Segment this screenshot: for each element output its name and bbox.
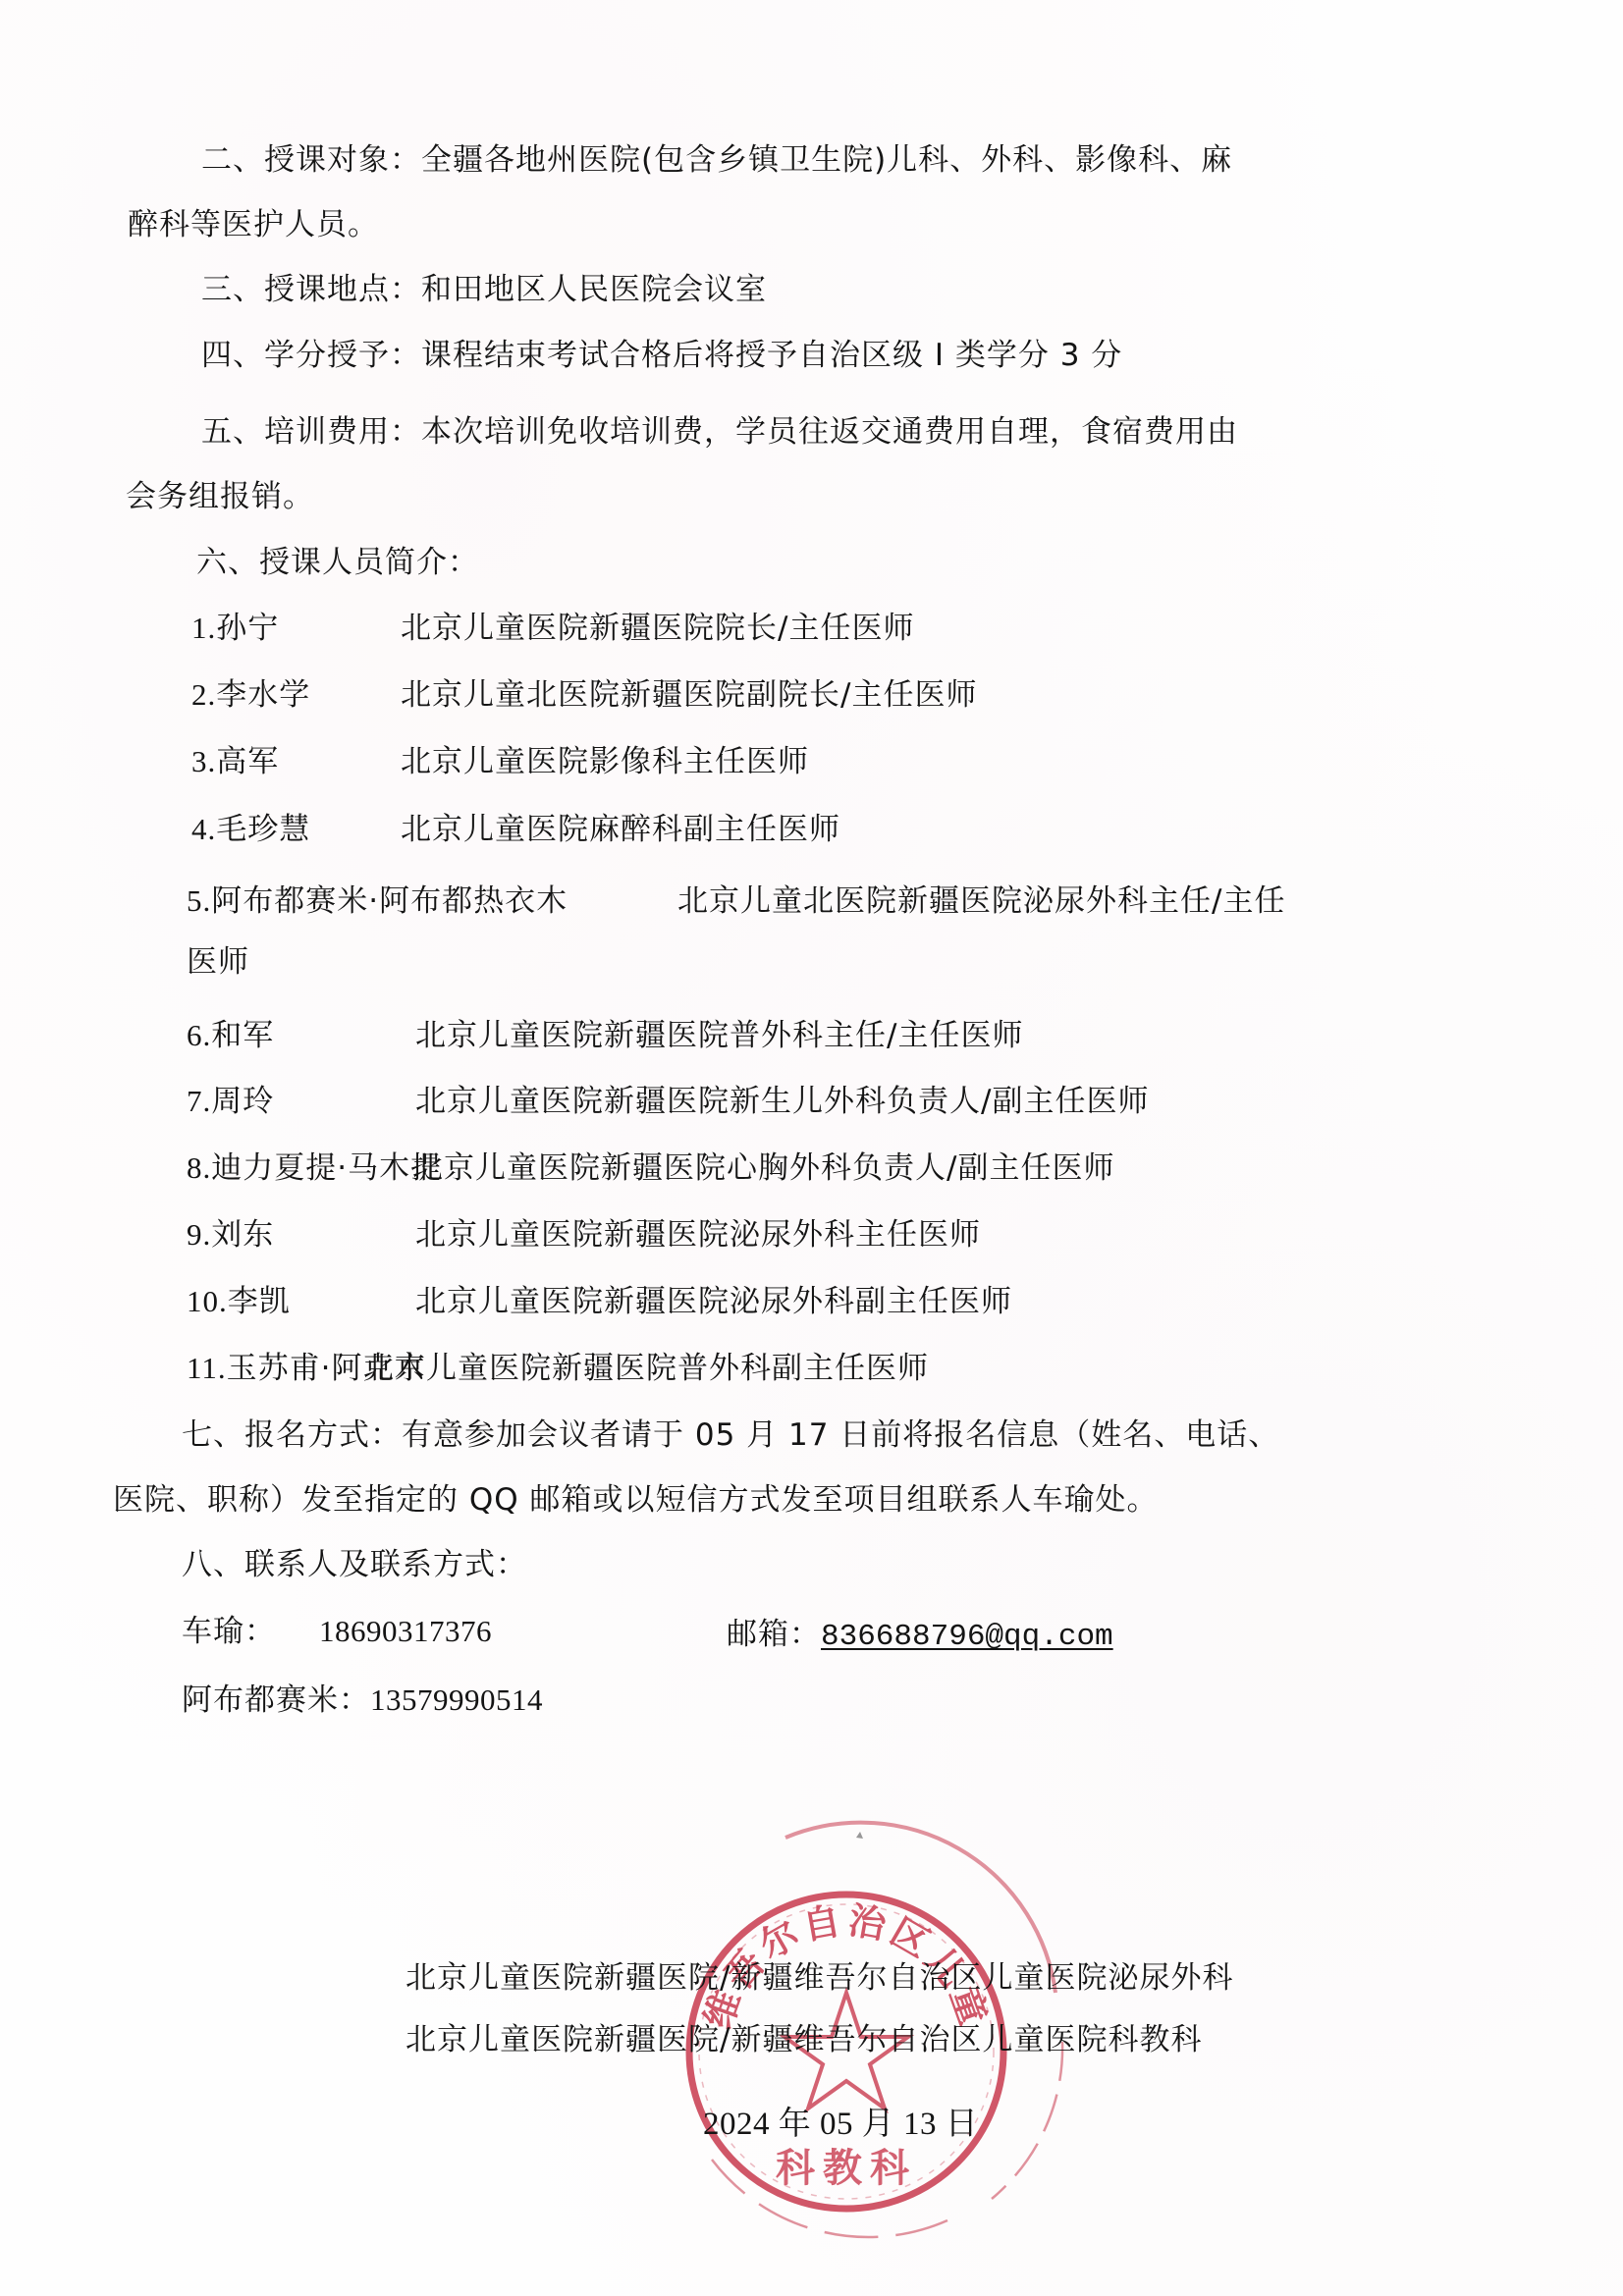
instructor-name: 李水学 xyxy=(216,677,310,713)
instructor-number: 11. xyxy=(187,1349,227,1388)
section-7-line-1: 七、报名方式：有意参加会议者请于 05 月 17 日前将报名信息（姓名、电话、 xyxy=(182,1415,1279,1455)
instructor-title: 北京儿童医院新疆医院泌尿外科副主任医师 xyxy=(415,1282,1012,1321)
email-row: 邮箱：836688796@qq.com xyxy=(727,1615,1113,1657)
instructor-name: 刘东 xyxy=(211,1217,274,1253)
contact-phone: 13579990514 xyxy=(370,1682,543,1717)
section-2-line-1: 二、授课对象：全疆各地州医院(包含乡镇卫生院)儿科、外科、影像科、麻 xyxy=(201,140,1232,180)
instructor-item: 1.孙宁 北京儿童医院新疆医院院长/主任医师 xyxy=(191,609,279,648)
section-3-label: 三、授课地点： xyxy=(201,272,421,307)
section-4: 四、学分授予：课程结束考试合格后将授予自治区级 I 类学分 3 分 xyxy=(201,336,1122,375)
instructor-item: 7.周玲 北京儿童医院新疆医院新生儿外科负责人/副主任医师 xyxy=(187,1082,274,1121)
instructor-name: 迪力夏提·马木提 xyxy=(211,1150,442,1186)
instructor-number: 3. xyxy=(191,742,216,781)
instructor-number: 10. xyxy=(187,1282,228,1321)
instructor-title: 北京儿童医院麻醉科副主任医师 xyxy=(401,810,840,849)
contact-name: 车瑜： xyxy=(182,1614,276,1649)
section-3: 三、授课地点：和田地区人民医院会议室 xyxy=(201,270,767,309)
instructor-name: 李凯 xyxy=(228,1284,291,1319)
instructor-item: 4.毛珍慧 北京儿童医院麻醉科副主任医师 xyxy=(191,810,310,849)
email-label: 邮箱： xyxy=(727,1617,821,1652)
instructor-title: 北京儿童医院新疆医院院长/主任医师 xyxy=(401,609,914,648)
instructor-name: 和军 xyxy=(211,1018,274,1053)
section-5-text: 本次培训免收培训费，学员往返交通费用自理，食宿费用由 xyxy=(421,414,1238,450)
instructor-item: 2.李水学 北京儿童北医院新疆医院副院长/主任医师 xyxy=(191,675,310,715)
instructor-item: 6.和军 北京儿童医院新疆医院普外科主任/主任医师 xyxy=(187,1016,274,1055)
instructor-number: 8. xyxy=(187,1148,211,1188)
instructor-item: 11.玉苏甫·阿克木 北京儿童医院新疆医院普外科副主任医师 xyxy=(187,1349,425,1388)
instructor-name: 周玲 xyxy=(211,1084,274,1119)
instructor-number: 6. xyxy=(187,1016,211,1055)
instructor-title: 北京儿童医院新疆医院泌尿外科主任医师 xyxy=(415,1215,981,1255)
stamp-bottom-text: 科教科 xyxy=(776,2146,917,2191)
instructor-name: 毛珍慧 xyxy=(216,812,310,847)
section-2-text: 全疆各地州医院(包含乡镇卫生院)儿科、外科、影像科、麻 xyxy=(421,142,1232,178)
instructor-title: 北京儿童医院新疆医院普外科主任/主任医师 xyxy=(415,1016,1023,1055)
section-3-text: 和田地区人民医院会议室 xyxy=(421,272,767,307)
instructor-title: 北京儿童医院新疆医院普外科副主任医师 xyxy=(363,1349,929,1388)
section-8-heading: 八、联系人及联系方式： xyxy=(182,1545,527,1584)
instructor-item: 3.高军 北京儿童医院影像科主任医师 xyxy=(191,742,279,781)
section-2-line-2: 醉科等医护人员。 xyxy=(128,205,379,244)
instructor-number: 5. xyxy=(187,881,211,921)
instructor-title: 北京儿童北医院新疆医院副院长/主任医师 xyxy=(401,675,977,715)
instructor-name: 高军 xyxy=(216,744,279,779)
document-page: 二、授课对象：全疆各地州医院(包含乡镇卫生院)儿科、外科、影像科、麻 醉科等医护… xyxy=(0,0,1623,2296)
instructor-name: 孙宁 xyxy=(216,611,279,646)
instructor-title: 北京儿童医院影像科主任医师 xyxy=(401,742,809,781)
instructor-title: 北京儿童医院新疆医院新生儿外科负责人/副主任医师 xyxy=(415,1082,1149,1121)
instructor-number: 4. xyxy=(191,810,216,849)
instructor-item: 8.迪力夏提·马木提 北京儿童医院新疆医院心胸外科负责人/副主任医师 xyxy=(187,1148,442,1188)
section-4-label: 四、学分授予： xyxy=(201,338,421,373)
instructor-item: 5.阿布都赛米·阿布都热衣木 北京儿童北医院新疆医院泌尿外科主任/主任 xyxy=(187,881,568,921)
contact-row-2: 阿布都赛米：13579990514 xyxy=(182,1681,543,1720)
email-link[interactable]: 836688796@qq.com xyxy=(821,1620,1113,1654)
instructor-number: 7. xyxy=(187,1082,211,1121)
instructor-item: 10.李凯 北京儿童医院新疆医院泌尿外科副主任医师 xyxy=(187,1282,291,1321)
section-7-label: 七、报名方式： xyxy=(182,1417,402,1453)
contact-phone: 18690317376 xyxy=(319,1612,492,1651)
signature-org-line-2: 北京儿童医院新疆医院/新疆维吾尔自治区儿童医院科教科 xyxy=(406,2020,1202,2059)
section-5-label: 五、培训费用： xyxy=(201,414,421,450)
instructor-title-continued: 医师 xyxy=(187,942,249,982)
contact-name: 阿布都赛米： xyxy=(182,1682,370,1718)
section-6-heading: 六、授课人员简介： xyxy=(196,543,479,582)
section-7-text: 有意参加会议者请于 05 月 17 日前将报名信息（姓名、电话、 xyxy=(402,1417,1279,1453)
instructor-title: 北京儿童北医院新疆医院泌尿外科主任/主任 xyxy=(677,881,1285,921)
section-2-label: 二、授课对象： xyxy=(201,142,421,178)
section-5-line-2: 会务组报销。 xyxy=(126,477,314,516)
instructor-number: 1. xyxy=(191,609,216,648)
contact-row-1: 车瑜： 18690317376 xyxy=(182,1612,276,1651)
instructor-item: 9.刘东 北京儿童医院新疆医院泌尿外科主任医师 xyxy=(187,1215,274,1255)
section-7-line-2: 医院、职称）发至指定的 QQ 邮箱或以短信方式发至项目组联系人车瑜处。 xyxy=(113,1480,1159,1520)
section-4-text: 课程结束考试合格后将授予自治区级 I 类学分 3 分 xyxy=(421,338,1122,373)
signature-org-line-1: 北京儿童医院新疆医院/新疆维吾尔自治区儿童医院泌尿外科 xyxy=(406,1958,1233,1998)
section-5-line-1: 五、培训费用：本次培训免收培训费，学员往返交通费用自理，食宿费用由 xyxy=(201,412,1238,452)
instructor-number: 2. xyxy=(191,675,216,715)
signature-date: 2024 年 05 月 13 日 xyxy=(703,2105,978,2144)
instructor-name: 阿布都赛米·阿布都热衣木 xyxy=(211,883,568,919)
instructor-title: 北京儿童医院新疆医院心胸外科负责人/副主任医师 xyxy=(412,1148,1114,1188)
instructor-number: 9. xyxy=(187,1215,211,1255)
